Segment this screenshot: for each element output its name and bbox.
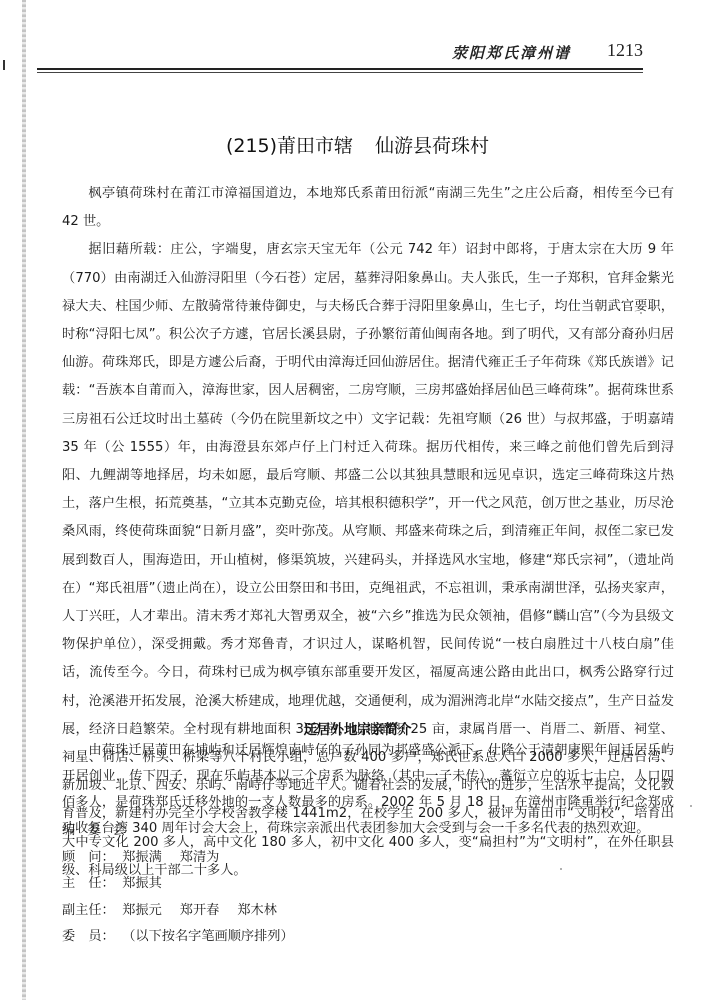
scan-speck [640, 312, 642, 314]
members-note: （以下按名字笔画顺序排列） [122, 929, 293, 944]
member-name: 郑木林 [237, 903, 277, 918]
title-village: 仙游县荷珠村 [375, 135, 489, 157]
committee-title-text: 编委会 [62, 818, 138, 845]
article-title: (215)莆田市辖仙游县荷珠村 [0, 131, 715, 158]
scan-speck [690, 805, 692, 807]
committee-row-members: 委 员： （以下按名字笔画顺序排列） [62, 924, 562, 951]
member-name: 郑振满 [122, 850, 162, 865]
committee-title: 编委会 [62, 818, 562, 845]
role-label: 副主任： [62, 898, 118, 925]
title-number: (215) [226, 135, 277, 157]
header-rule-thick [37, 68, 643, 70]
role-label: 主 任： [62, 871, 118, 898]
committee-row-director: 主 任： 郑振其 [62, 871, 562, 898]
scan-mark [3, 60, 5, 70]
member-name: 郑振其 [122, 876, 162, 891]
role-label: 委 员： [62, 924, 118, 951]
page-header: 荥阳郑氏漳州谱 1213 [37, 34, 643, 74]
title-city: 莆田市辖 [277, 135, 353, 157]
member-name: 郑清为 [180, 850, 220, 865]
running-title: 荥阳郑氏漳州谱 [452, 42, 571, 63]
paragraph-intro: 枫亭镇荷珠村在莆江市漳福国道边，本地郑氏系莆田衍派“南湖三先生”之庄公后裔，相传… [62, 180, 674, 236]
scan-speck [560, 868, 562, 870]
member-name: 郑开春 [180, 903, 220, 918]
role-label: 顾 问： [62, 845, 118, 872]
editorial-committee: 编委会 顾 问： 郑振满郑清为 主 任： 郑振其 副主任： 郑振元郑开春郑木林 … [62, 818, 562, 951]
header-rule-thin [37, 72, 643, 73]
section-heading: 迁居外地宗亲简介 [0, 718, 715, 738]
page-number: 1213 [607, 40, 643, 61]
member-name: 郑振元 [122, 903, 162, 918]
committee-row-advisor: 顾 问： 郑振满郑清为 [62, 845, 562, 872]
committee-row-deputy: 副主任： 郑振元郑开春郑木林 [62, 898, 562, 925]
